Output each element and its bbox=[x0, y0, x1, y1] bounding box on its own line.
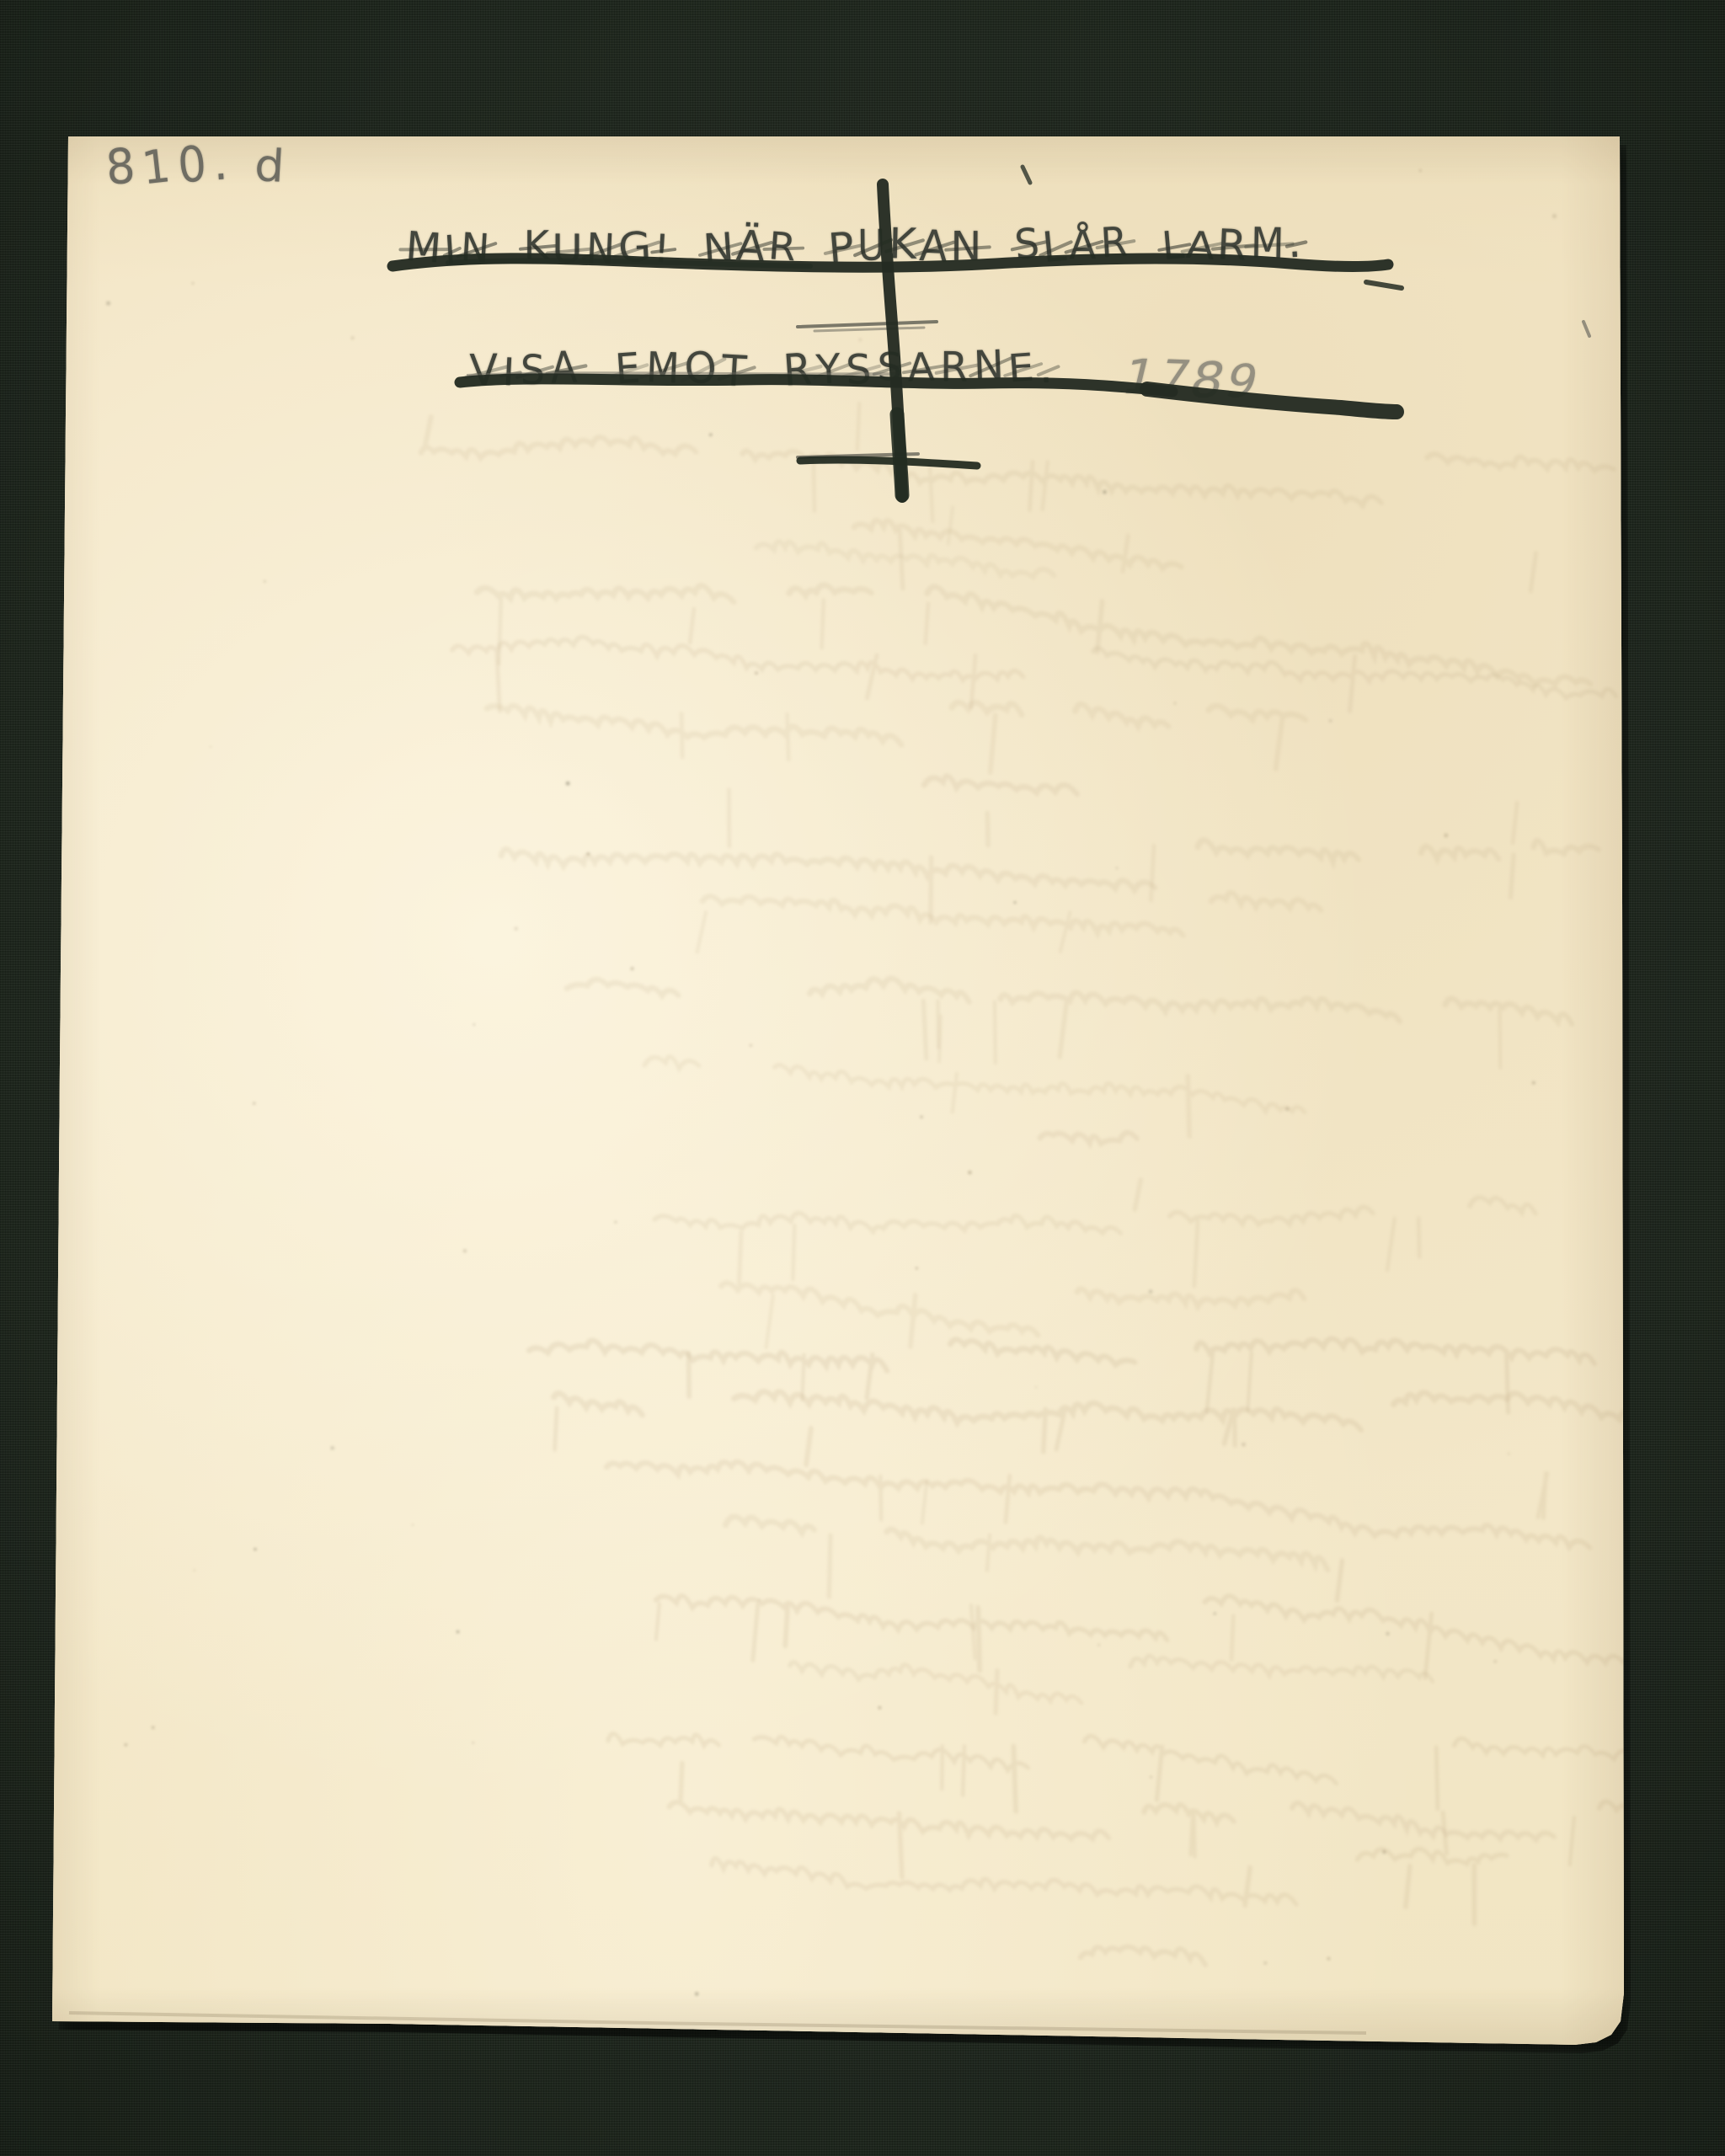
ink-strike-line-2 bbox=[460, 379, 1397, 412]
pencil-dash-top bbox=[798, 322, 937, 331]
ink-dash-bottom bbox=[800, 460, 977, 466]
ink-strike-line-1 bbox=[393, 259, 1402, 288]
manuscript-page: 810. d MIN KUNG! NÄR PUKAN SLÅR LARM. VI… bbox=[52, 136, 1624, 2045]
scan-photograph: { "page": { "catalog_number": "810. d", … bbox=[0, 0, 1725, 2156]
ink-tick-top bbox=[1023, 167, 1030, 183]
deletion-marks-layer bbox=[52, 136, 1624, 2045]
vertical-cross-stroke bbox=[883, 184, 902, 497]
